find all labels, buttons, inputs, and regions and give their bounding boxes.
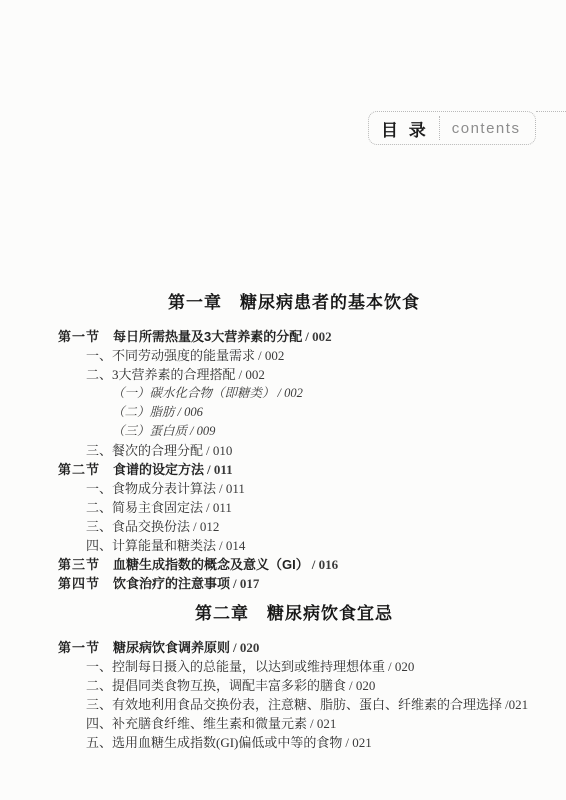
- toc-entry-page: / 020: [349, 678, 375, 693]
- toc-entry: 四、计算能量和糖类法/ 014: [58, 536, 530, 555]
- toc-entry-text: 二、简易主食固定法: [86, 500, 203, 515]
- toc-entry-page: / 010: [206, 443, 232, 458]
- toc-entry: 二、3大营养素的合理搭配/ 002: [58, 365, 530, 384]
- toc-entry-page: / 016: [312, 557, 338, 572]
- toc-entry-page: / 020: [388, 659, 414, 674]
- toc-entry: 第四节饮食治疗的注意事项/ 017: [58, 574, 530, 593]
- toc-entry-text: 一、控制每日摄入的总能量，以达到或维持理想体重: [86, 659, 385, 674]
- toc-entry: 一、控制每日摄入的总能量，以达到或维持理想体重/ 020: [58, 657, 530, 676]
- toc-entry-text: （一）碳水化合物（即糖类）: [112, 386, 275, 400]
- toc-entry-page: / 017: [233, 576, 259, 591]
- toc-entry-text: 四、补充膳食纤维、维生素和微量元素: [86, 716, 307, 731]
- toc-entry-text: （二）脂肪: [112, 405, 175, 419]
- toc-entry: （二）脂肪/ 006: [58, 403, 530, 422]
- toc-entry-text: 五、选用血糖生成指数(GI)偏低或中等的食物: [86, 735, 342, 750]
- toc-entry-page: / 002: [239, 367, 265, 382]
- toc-entry-label: 第二节: [58, 462, 100, 477]
- toc-entry: 五、选用血糖生成指数(GI)偏低或中等的食物/ 021: [58, 733, 530, 752]
- toc-entry-page: / 002: [258, 348, 284, 363]
- toc-entry-page: / 011: [206, 500, 232, 515]
- toc-entry: 二、提倡同类食物互换，调配丰富多彩的膳食/ 020: [58, 676, 530, 695]
- toc-entry-page: /021: [505, 697, 528, 712]
- toc-entry: 一、不同劳动强度的能量需求/ 002: [58, 346, 530, 365]
- toc-entry-label: 第三节: [58, 557, 100, 572]
- toc-entry: （三）蛋白质/ 009: [58, 422, 530, 441]
- toc-entry-label: 第一节: [58, 640, 100, 655]
- toc-entry-text: 四、计算能量和糖类法: [86, 538, 216, 553]
- toc-entry-text: 饮食治疗的注意事项: [113, 576, 230, 591]
- toc-entry-text: 三、餐次的合理分配: [86, 443, 203, 458]
- toc-entry-text: 血糖生成指数的概念及意义（GI）: [113, 557, 309, 572]
- toc-entry: 三、餐次的合理分配/ 010: [58, 441, 530, 460]
- chapter: 第二章 糖尿病饮食宜忌第一节糖尿病饮食调养原则/ 020一、控制每日摄入的总能量…: [58, 603, 530, 752]
- chapter-title: 第一章 糖尿病患者的基本饮食: [58, 292, 530, 314]
- toc-entry-text: 三、食品交换份法: [86, 519, 190, 534]
- toc-entry: （一）碳水化合物（即糖类）/ 002: [58, 384, 530, 403]
- toc-entry-page: / 021: [345, 735, 371, 750]
- toc-entry: 第一节糖尿病饮食调养原则/ 020: [58, 638, 530, 657]
- toc-entry-page: / 014: [219, 538, 245, 553]
- toc-entry-page: / 009: [190, 424, 215, 438]
- toc-entry-text: 二、提倡同类食物互换，调配丰富多彩的膳食: [86, 678, 346, 693]
- toc-entry-page: / 012: [193, 519, 219, 534]
- toc-entry-page: / 021: [310, 716, 336, 731]
- contents-title-zh: 目 录: [369, 116, 439, 141]
- toc-entry: 第三节血糖生成指数的概念及意义（GI）/ 016: [58, 555, 530, 574]
- toc-entry-text: 糖尿病饮食调养原则: [113, 640, 230, 655]
- toc-entry-page: / 020: [233, 640, 259, 655]
- chapter-title: 第二章 糖尿病饮食宜忌: [58, 603, 530, 625]
- toc-entry: 三、食品交换份法/ 012: [58, 517, 530, 536]
- toc-entry: 第二节食谱的设定方法/ 011: [58, 460, 530, 479]
- toc-entry-page: / 011: [207, 462, 233, 477]
- header-rule: [536, 111, 566, 112]
- toc-entry-page: / 011: [219, 481, 245, 496]
- toc-entry-label: 第四节: [58, 576, 100, 591]
- toc-entry-page: / 002: [305, 329, 331, 344]
- toc-entry-text: 一、食物成分表计算法: [86, 481, 216, 496]
- toc-entry-text: 二、3大营养素的合理搭配: [86, 367, 236, 382]
- toc-entry-text: 每日所需热量及3大营养素的分配: [113, 329, 302, 344]
- toc-entry-text: 三、有效地利用食品交换份表，注意糖、脂肪、蛋白、纤维素的合理选择: [86, 697, 502, 712]
- toc: 第一章 糖尿病患者的基本饮食第一节每日所需热量及3大营养素的分配/ 002一、不…: [58, 292, 530, 752]
- toc-entry: 四、补充膳食纤维、维生素和微量元素/ 021: [58, 714, 530, 733]
- toc-entry-page: / 002: [278, 386, 303, 400]
- toc-entry-text: 一、不同劳动强度的能量需求: [86, 348, 255, 363]
- contents-header-box: 目 录 contents: [368, 111, 536, 145]
- chapter: 第一章 糖尿病患者的基本饮食第一节每日所需热量及3大营养素的分配/ 002一、不…: [58, 292, 530, 593]
- toc-entry: 三、有效地利用食品交换份表，注意糖、脂肪、蛋白、纤维素的合理选择/021: [58, 695, 530, 714]
- toc-entry-label: 第一节: [58, 329, 100, 344]
- toc-entry-text: 食谱的设定方法: [113, 462, 204, 477]
- toc-entry: 二、简易主食固定法/ 011: [58, 498, 530, 517]
- toc-entry-page: / 006: [178, 405, 203, 419]
- toc-entry: 第一节每日所需热量及3大营养素的分配/ 002: [58, 327, 530, 346]
- toc-page: 目 录 contents 第一章 糖尿病患者的基本饮食第一节每日所需热量及3大营…: [0, 0, 566, 800]
- toc-entry: 一、食物成分表计算法/ 011: [58, 479, 530, 498]
- contents-title-en: contents: [440, 120, 521, 137]
- toc-entry-text: （三）蛋白质: [112, 424, 187, 438]
